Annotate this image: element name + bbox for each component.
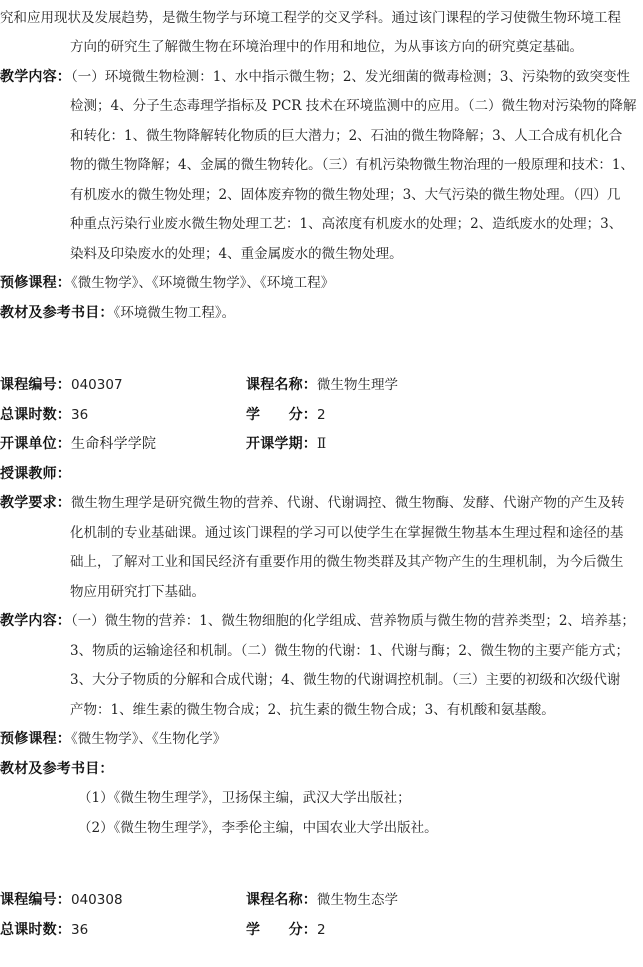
content-text-line: 物的微生物降解；4、金属的微生物转化。（三）有机污染物微生物治理的一般原理和技术… [70,155,634,175]
content-text: （一）微生物的营养：1、微生物细胞的化学组成、营养物质与微生物的营养类型；2、培… [71,613,635,629]
unit-label: 开课单位： [0,436,71,452]
teacher-label: 授课教师： [0,466,71,482]
credit-label: 学 分： [246,407,317,423]
content-text-line: 产物：1、维生素的微生物合成；2、抗生素的微生物合成；3、有机酸和氨基酸。 [70,700,555,720]
term-row: 开课学期：Ⅱ [246,434,326,454]
hours-row: 总课时数：36 [0,920,88,940]
requirement-text: 微生物生理学是研究微生物的营养、代谢、代谢调控、微生物酶、发酵、代谢产物的产生及… [71,495,625,511]
books-label: 教材及参考书目： [0,305,114,321]
content-row: 教学内容：（一）环境微生物检测：1、水中指示微生物；2、发光细菌的微毒检测；3、… [0,67,630,87]
books-value: 《环境微生物工程》。 [114,305,236,321]
course-code-row: 课程编号：040307 [0,375,123,395]
course-name-row: 课程名称：微生物生态学 [246,890,398,910]
content-label: 教学内容： [0,613,71,629]
prereq-row: 预修课程：《微生物学》、《环境微生物学》、《环境工程》 [0,273,334,293]
course-code-value: 040307 [71,377,123,393]
content-text-line: 和转化：1、微生物降解转化物质的巨大潜力；2、石油的微生物降解；3、人工合成有机… [70,126,622,146]
content-text-line: 检测；4、分子生态毒理学指标及 PCR 技术在环境监测中的应用。（二）微生物对污… [70,96,637,116]
books-label: 教材及参考书目： [0,761,114,777]
requirement-text-line: 化机制的专业基础课。通过该门课程的学习可以使学生在掌握微生物基本生理过程和途径的… [70,523,624,543]
course-name-value: 微生物生理学 [317,377,398,393]
course-name-label: 课程名称： [246,377,317,393]
prereq-label: 预修课程： [0,731,71,747]
credit-row: 学 分：2 [246,920,326,940]
hours-label: 总课时数： [0,922,71,938]
requirement-row: 教学要求：微生物生理学是研究微生物的营养、代谢、代谢调控、微生物酶、发酵、代谢产… [0,493,625,513]
course-name-value: 微生物生态学 [317,892,398,908]
content-row: 教学内容：（一）微生物的营养：1、微生物细胞的化学组成、营养物质与微生物的营养类… [0,611,635,631]
content-text-line: 3、物质的运输途径和机制。（二）微生物的代谢：1、代谢与酶；2、微生物的主要产能… [70,641,629,661]
term-value: Ⅱ [317,436,326,452]
teacher-row: 授课教师： [0,464,71,484]
hours-value: 36 [71,407,88,423]
term-label: 开课学期： [246,436,317,452]
credit-label: 学 分： [246,922,317,938]
course-code-value: 040308 [71,892,123,908]
books-row: 教材及参考书目：《环境微生物工程》。 [0,303,235,323]
course-code-row: 课程编号：040308 [0,890,123,910]
content-text: （一）环境微生物检测：1、水中指示微生物；2、发光细菌的微毒检测；3、污染物的致… [71,69,630,85]
requirement-label: 教学要求： [0,495,71,511]
prereq-label: 预修课程： [0,275,71,291]
credit-value: 2 [317,407,326,423]
hours-value: 36 [71,922,88,938]
course-name-row: 课程名称：微生物生理学 [246,375,398,395]
intro-text-line: 究和应用现状及发展趋势，是微生物学与环境工程学的交叉学科。通过该门课程的学习使微… [0,8,621,28]
prereq-value: 《微生物学》、《生物化学》 [71,731,226,747]
requirement-text-line: 物应用研究打下基础。 [70,582,205,602]
unit-row: 开课单位：生命科学学院 [0,434,156,454]
content-text-line: 有机废水的微生物处理；2、固体废弃物的微生物处理；3、大气污染的微生物处理。（四… [70,185,620,205]
content-text-line: 3、大分子物质的分解和合成代谢；4、微生物的代谢调控机制。（三）主要的初级和次级… [70,670,620,690]
requirement-text-line: 础上，了解对工业和国民经济有重要作用的微生物类群及其产物产生的生理机制，为今后微… [70,552,624,572]
credit-value: 2 [317,922,326,938]
course-code-label: 课程编号： [0,892,71,908]
prereq-value: 《微生物学》、《环境微生物学》、《环境工程》 [71,275,334,291]
book-item: （2）《微生物生理学》，李季伦主编，中国农业大学出版社。 [78,818,438,838]
intro-text-line: 方向的研究生了解微生物在环境治理中的作用和地位，为从事该方向的研究奠定基础。 [70,37,583,57]
prereq-row: 预修课程：《微生物学》、《生物化学》 [0,729,226,749]
content-text-line: 种重点污染行业废水微生物处理工艺：1、高浓度有机废水的处理；2、造纸废水的处理；… [70,214,622,234]
hours-label: 总课时数： [0,407,71,423]
book-item: （1）《微生物生理学》，卫扬保主编，武汉大学出版社； [78,788,411,808]
hours-row: 总课时数：36 [0,405,88,425]
credit-row: 学 分：2 [246,405,326,425]
unit-value: 生命科学学院 [71,436,156,452]
content-label: 教学内容： [0,69,71,85]
books-row: 教材及参考书目： [0,759,114,779]
content-text-line: 染料及印染废水的处理；4、重金属废水的微生物处理。 [70,244,403,264]
course-code-label: 课程编号： [0,377,71,393]
course-name-label: 课程名称： [246,892,317,908]
